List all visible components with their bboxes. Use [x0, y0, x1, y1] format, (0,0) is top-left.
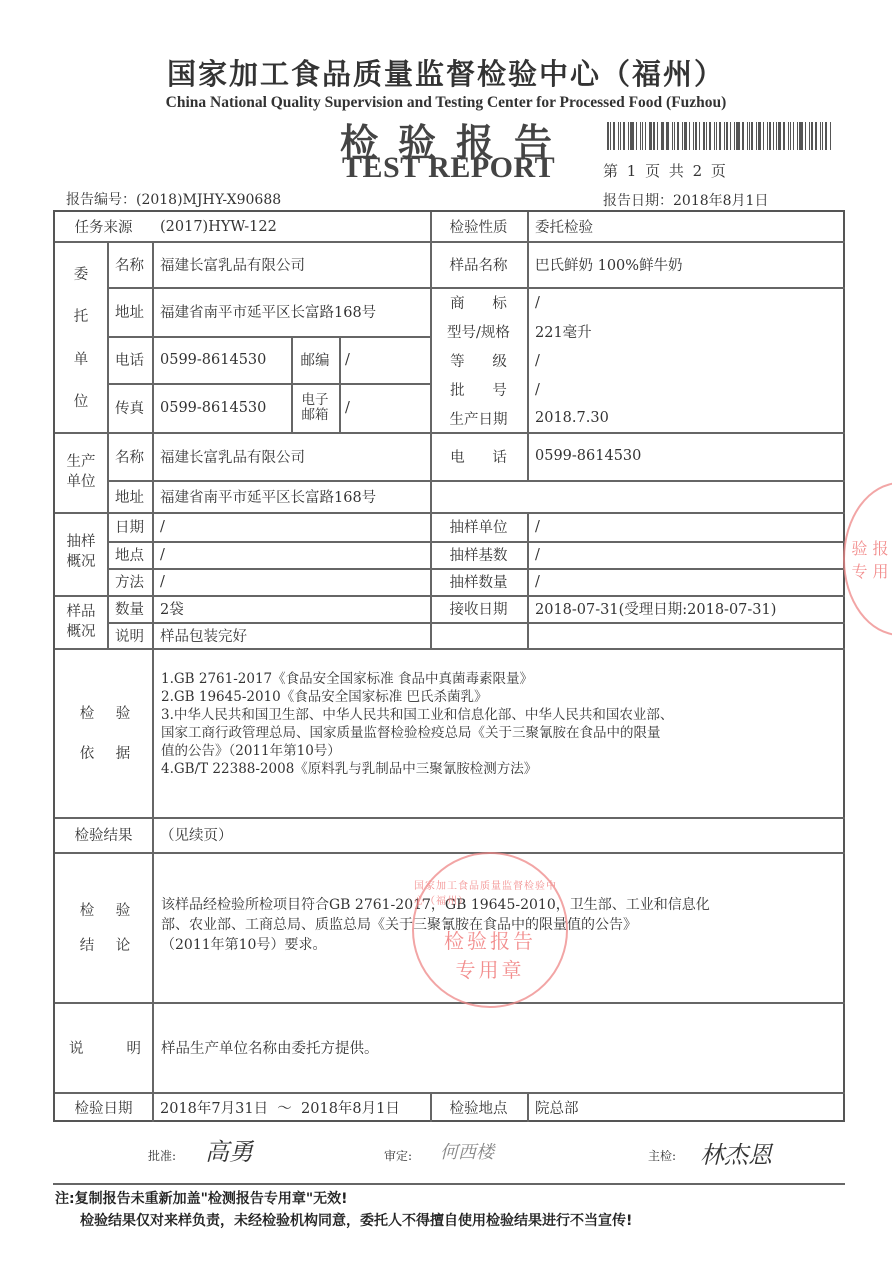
review-label: 审定:	[384, 1147, 412, 1164]
report-no-value: (2018)MJHY-X90688	[136, 192, 281, 208]
footer-divider	[53, 1183, 845, 1185]
sampling-quantity-label: 抽样数量	[430, 568, 527, 595]
producer-phone-label: 电 话	[430, 432, 527, 480]
grade-label: 等 级	[430, 346, 527, 375]
test-basis-item: 值的公告》（2011年第10号）	[161, 742, 841, 760]
sample-description-label: 说明	[107, 622, 152, 648]
org-name-cn: 国家加工食品质量监督检验中心（福州）	[0, 52, 892, 93]
partial-seal-text: 验 报	[851, 536, 888, 559]
sampling-place-label: 地点	[107, 541, 152, 568]
test-basis-label-char: 据	[116, 742, 131, 763]
test-basis-label-char: 验	[116, 702, 131, 723]
test-basis-item: 国家工商行政管理总局、国家质量监督检验检疫总局《关于三聚氰胺在食品中的限量	[161, 724, 841, 742]
conclusion-label-char: 验	[116, 899, 131, 920]
sampling-base-value: /	[535, 541, 835, 568]
producer-group-label: 生产单位	[61, 437, 101, 507]
test-basis-item: 1.GB 2761-2017《食品安全国家标准 食品中真菌毒素限量》	[161, 670, 841, 688]
sample-quantity-value: 2袋	[160, 595, 430, 622]
client-email-value: /	[345, 383, 430, 432]
conclusion-label-char: 论	[116, 934, 131, 955]
test-basis-label: 检 验 依 据	[69, 692, 141, 772]
conclusion-label-char: 检	[80, 899, 95, 920]
producer-name-value: 福建长富乳品有限公司	[160, 432, 430, 480]
sample-quantity-label: 数量	[107, 595, 152, 622]
test-basis-item: 4.GB/T 22388-2008《原料乳与乳制品中三聚氰胺检测方法》	[161, 760, 841, 778]
barcode	[607, 122, 832, 150]
seal-line1: 检验报告	[444, 925, 536, 954]
sampling-place-value: /	[160, 541, 430, 568]
receive-date-label: 接收日期	[430, 595, 527, 622]
sample-name-label: 样品名称	[430, 241, 527, 287]
review-signature: 何西楼	[440, 1138, 494, 1164]
test-date-value: 2018年7月31日 ～ 2018年8月1日	[160, 1092, 430, 1122]
client-phone-label: 电话	[107, 336, 152, 383]
receive-date-value: 2018-07-31(受理日期:2018-07-31)	[535, 595, 840, 622]
production-date-label: 生产日期	[430, 404, 527, 432]
seal-line2: 专用章	[456, 954, 525, 983]
report-date-value: 2018年8月1日	[673, 193, 768, 209]
task-source-value: (2017)HYW-122	[160, 212, 430, 241]
sampling-date-label: 日期	[107, 512, 152, 541]
sampling-unit-label: 抽样单位	[430, 512, 527, 541]
client-label-char: 单	[74, 348, 89, 369]
sample-description-value: 样品包装完好	[160, 622, 760, 648]
remarks-label: 说 明	[69, 1002, 141, 1092]
footer-note-2: 检验结果仅对来样负责，未经检验机构同意，委托人不得擅自使用检验结果进行不当宣传!	[80, 1210, 632, 1230]
client-address-label: 地址	[107, 287, 152, 336]
approve-signature: 高勇	[205, 1132, 253, 1167]
sampling-quantity-value: /	[535, 568, 835, 595]
sample-name-value: 巴氏鲜奶 100%鲜牛奶	[535, 241, 835, 287]
report-title-en: TEST REPORT	[342, 151, 555, 185]
seal-ring-text: 国家加工食品质量监督检验中心（福州）	[414, 877, 566, 907]
client-fax-value: 0599-8614530	[160, 383, 291, 432]
client-email-label: 电子邮箱	[295, 383, 335, 432]
client-postcode-value: /	[345, 336, 430, 383]
report-no-label: 报告编号：	[66, 192, 136, 208]
test-basis-label-char: 检	[80, 702, 95, 723]
test-date-label: 检验日期	[55, 1092, 152, 1122]
test-nature-label: 检验性质	[430, 212, 527, 241]
client-phone-value: 0599-8614530	[160, 336, 291, 383]
producer-address-value: 福建省南平市延平区长富路168号	[160, 480, 760, 512]
producer-name-label: 名称	[107, 432, 152, 480]
trademark-value: /	[535, 288, 835, 317]
chief-signature: 林杰恩	[700, 1135, 772, 1170]
batch-value: /	[535, 375, 835, 404]
report-date: 报告日期：2018年8月1日	[603, 190, 768, 210]
test-nature-value: 委托检验	[535, 212, 835, 241]
model-value: 221毫升	[535, 317, 835, 346]
batch-label: 批 号	[430, 375, 527, 404]
test-basis-label-char: 依	[80, 742, 95, 763]
footer-note-1: 注:复制报告未重新加盖"检测报告专用章"无效!	[55, 1188, 348, 1208]
production-date-value: 2018.7.30	[535, 404, 835, 432]
client-name-value: 福建长富乳品有限公司	[160, 241, 430, 287]
model-label: 型号/规格	[430, 317, 527, 346]
grade-value: /	[535, 346, 835, 375]
producer-address-label: 地址	[107, 480, 152, 512]
trademark-label: 商 标	[430, 288, 527, 317]
remarks-label-char: 明	[127, 1037, 142, 1058]
partial-seal-text-2: 专 用	[851, 559, 888, 582]
sampling-method-label: 方法	[107, 568, 152, 595]
conclusion-label: 检 验 结 论	[69, 892, 141, 962]
conclusion-label-char: 结	[80, 934, 95, 955]
test-location-value: 院总部	[535, 1092, 835, 1122]
remarks-label-char: 说	[69, 1037, 84, 1058]
sampling-method-value: /	[160, 568, 430, 595]
partial-seal: 验 报 专 用	[843, 482, 892, 636]
client-address-value: 福建省南平市延平区长富路168号	[160, 287, 430, 336]
client-group-label: 委 托 单 位	[55, 252, 107, 422]
chief-label: 主检:	[648, 1147, 676, 1164]
sampling-unit-value: /	[535, 512, 835, 541]
sampling-base-label: 抽样基数	[430, 541, 527, 568]
report-date-label: 报告日期：	[603, 193, 673, 209]
test-result-value: （见续页）	[160, 817, 760, 852]
test-result-label: 检验结果	[55, 817, 152, 852]
org-name-en: China National Quality Supervision and T…	[0, 94, 892, 112]
report-number: 报告编号：(2018)MJHY-X90688	[66, 189, 281, 209]
task-source-label: 任务来源	[55, 212, 152, 241]
client-label-char: 托	[74, 305, 89, 326]
sampling-group-label: 抽样概况	[61, 517, 101, 587]
remarks-value: 样品生产单位名称由委托方提供。	[161, 1002, 761, 1092]
client-name-label: 名称	[107, 241, 152, 287]
client-fax-label: 传真	[107, 383, 152, 432]
test-location-label: 检验地点	[430, 1092, 527, 1122]
approve-label: 批准:	[148, 1147, 176, 1164]
sampling-date-value: /	[160, 512, 430, 541]
official-seal: 国家加工食品质量监督检验中心（福州） 检验报告 专用章	[412, 852, 568, 1008]
client-label-char: 委	[74, 263, 89, 284]
test-basis-list: 1.GB 2761-2017《食品安全国家标准 食品中真菌毒素限量》 2.GB …	[161, 648, 841, 817]
sample-overview-group-label: 样品概况	[61, 597, 101, 647]
test-basis-item: 2.GB 19645-2010《食品安全国家标准 巴氏杀菌乳》	[161, 688, 841, 706]
page-info: 第 1 页 共 2 页	[603, 160, 726, 181]
client-label-char: 位	[74, 390, 89, 411]
client-postcode-label: 邮编	[291, 336, 339, 383]
test-basis-item: 3.中华人民共和国卫生部、中华人民共和国工业和信息化部、中华人民共和国农业部、	[161, 706, 841, 724]
producer-phone-value: 0599-8614530	[535, 432, 835, 480]
